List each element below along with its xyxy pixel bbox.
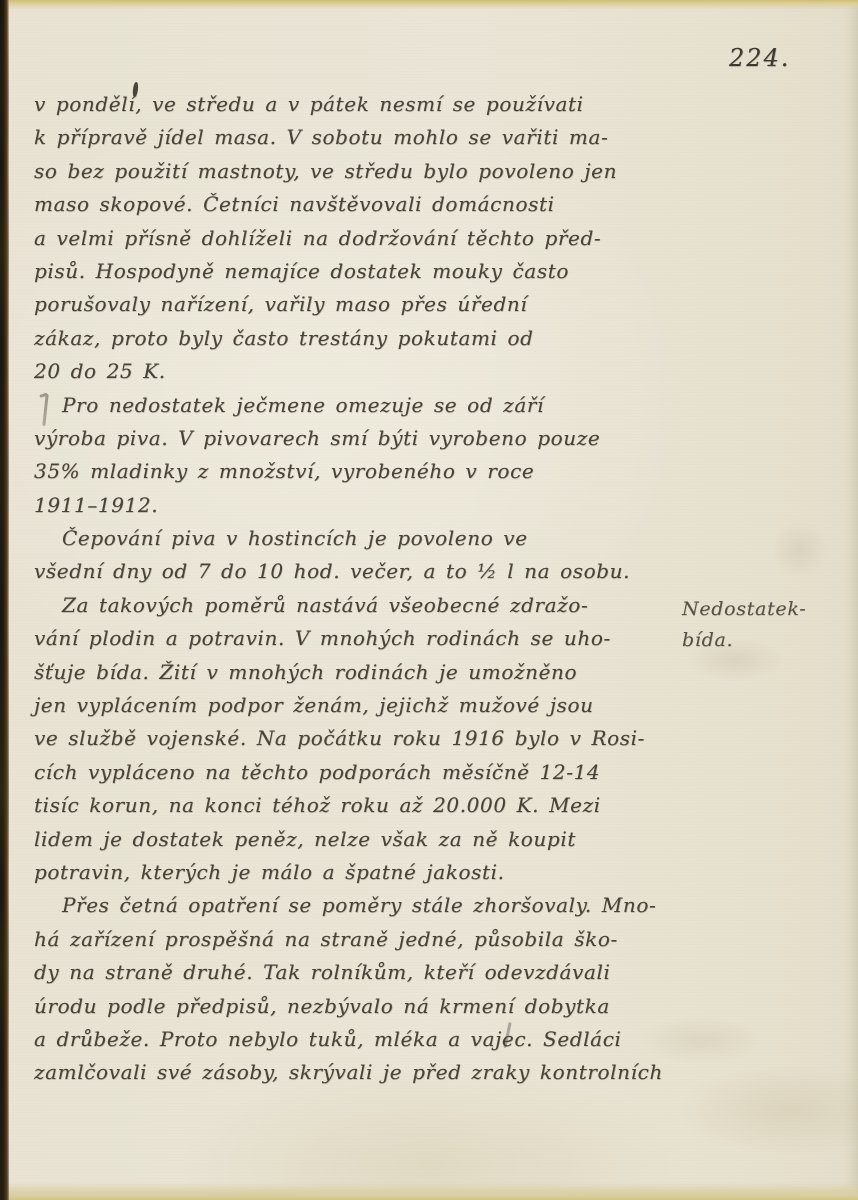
- manuscript-text: v pondělí, ve středu a v pátek nesmí se …: [34, 88, 682, 1090]
- text-line: Čepování piva v hostincích je povoleno v…: [34, 522, 682, 555]
- text-line: Přes četná opatření se poměry stále zhor…: [34, 889, 682, 922]
- manuscript-page: 224. v pondělí, ve středu a v pátek nesm…: [0, 0, 858, 1200]
- text-line: k přípravě jídel masa. V sobotu mohlo se…: [34, 121, 682, 154]
- text-line: potravin, kterých je málo a špatné jakos…: [34, 856, 682, 889]
- page-number: 224.: [729, 44, 790, 72]
- text-line: lidem je dostatek peněz, nelze však za n…: [34, 823, 682, 856]
- margin-note-line-2: bída.: [682, 625, 806, 656]
- margin-note: Nedostatek- bída.: [682, 594, 806, 656]
- text-line: vání plodin a potravin. V mnohých rodiná…: [34, 622, 682, 655]
- text-line: pisů. Hospodyně nemajíce dostatek mouky …: [34, 255, 682, 288]
- text-line: ve službě vojenské. Na počátku roku 1916…: [34, 722, 682, 755]
- page-edge-bottom: [0, 1182, 858, 1200]
- binding-edge: [0, 0, 9, 1200]
- text-line: zákaz, proto byly často trestány pokutam…: [34, 322, 682, 355]
- text-line: 35% mladinky z množství, vyrobeného v ro…: [34, 455, 682, 488]
- text-line: porušovaly nařízení, vařily maso přes úř…: [34, 288, 682, 321]
- text-line: so bez použití mastnoty, ve středu bylo …: [34, 155, 682, 188]
- text-line: a velmi přísně dohlíželi na dodržování t…: [34, 222, 682, 255]
- text-line: jen vyplácením podpor ženám, jejichž muž…: [34, 689, 682, 722]
- text-line: zamlčovali své zásoby, skrývali je před …: [34, 1056, 682, 1089]
- text-line: Za takových poměrů nastává všeobecné zdr…: [34, 589, 682, 622]
- text-line: a drůbeže. Proto nebylo tuků, mléka a va…: [34, 1023, 682, 1056]
- text-line: maso skopové. Četníci navštěvovali domác…: [34, 188, 682, 221]
- text-line: há zařízení prospěšná na straně jedné, p…: [34, 923, 682, 956]
- text-line: tisíc korun, na konci téhož roku až 20.0…: [34, 789, 682, 822]
- text-line: výroba piva. V pivovarech smí býti vyrob…: [34, 422, 682, 455]
- text-line: v pondělí, ve středu a v pátek nesmí se …: [34, 88, 682, 121]
- text-line: šťuje bída. Žití v mnohých rodinách je u…: [34, 656, 682, 689]
- text-line: všední dny od 7 do 10 hod. večer, a to ½…: [34, 555, 682, 588]
- margin-note-line-1: Nedostatek-: [682, 594, 806, 625]
- page-edge-top: [0, 0, 858, 9]
- text-line: 1911–1912.: [34, 489, 682, 522]
- text-line: dy na straně druhé. Tak rolníkům, kteří …: [34, 956, 682, 989]
- text-line: Pro nedostatek ječmene omezuje se od zář…: [34, 389, 682, 422]
- text-line: úrodu podle předpisů, nezbývalo ná krmen…: [34, 990, 682, 1023]
- text-line: cích vypláceno na těchto podporách měsíč…: [34, 756, 682, 789]
- text-line: 20 do 25 K.: [34, 355, 682, 388]
